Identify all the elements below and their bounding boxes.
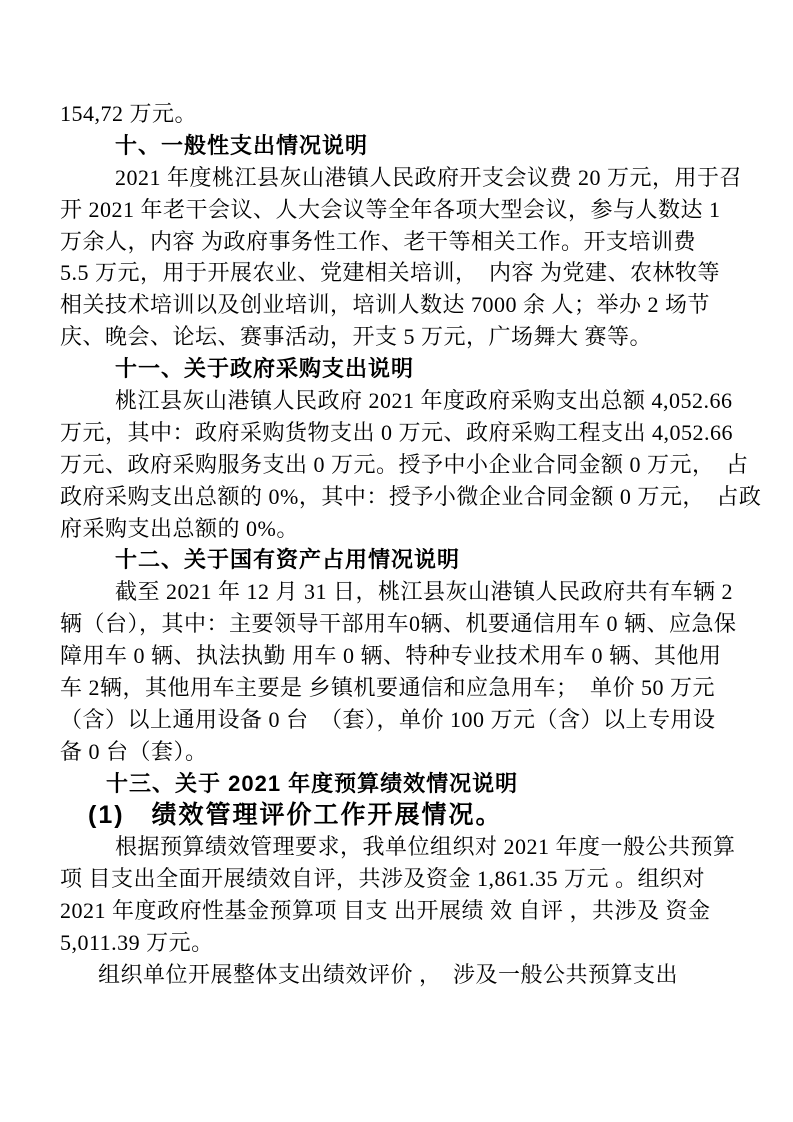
text-line: 万元、政府采购服务支出 0 万元。授予中小企业合同金额 0 万元， 占 xyxy=(60,449,735,481)
text-line: 相关技术培训以及创业培训，培训人数达 7000 余 人；举办 2 场节 xyxy=(60,289,735,321)
section-heading: 十、一般性支出情况说明 xyxy=(60,130,735,162)
text-line: 组织单位开展整体支出绩效评价 ， 涉及一般公共预算支出 xyxy=(60,959,735,991)
text-line: 庆、晚会、论坛、赛事活动，开支 5 万元，广场舞大 赛等。 xyxy=(60,321,735,353)
text-line: 5,011.39 万元。 xyxy=(60,927,735,959)
text-line: 辆（台），其中：主要领导干部用车0辆、机要通信用车 0 辆、应急保 xyxy=(60,608,735,640)
text-line: 障用车 0 辆、执法执勤 用车 0 辆、特种专业技术用车 0 辆、其他用 xyxy=(60,640,735,672)
document-page: 154,72 万元。十、一般性支出情况说明2021 年度桃江县灰山港镇人民政府开… xyxy=(0,0,793,1122)
text-line: 备 0 台（套）。 xyxy=(60,736,735,768)
text-line: 2021 年度政府性基金预算项 目支 出开展绩 效 自评 ，共涉及 资金 xyxy=(60,895,735,927)
document-content: 154,72 万元。十、一般性支出情况说明2021 年度桃江县灰山港镇人民政府开… xyxy=(60,98,735,991)
text-line: （含）以上通用设备 0 台 （套），单价 100 万元（含）以上专用设 xyxy=(60,704,735,736)
text-line: 桃江县灰山港镇人民政府 2021 年度政府采购支出总额 4,052.66 xyxy=(60,385,735,417)
text-line: 万元，其中：政府采购货物支出 0 万元、政府采购工程支出 4,052.66 xyxy=(60,417,735,449)
text-line: 项 目支出全面开展绩效自评，共涉及资金 1,861.35 万元 。组织对 xyxy=(60,863,735,895)
text-line: 车 2辆，其他用车主要是 乡镇机要通信和应急用车； 单价 50 万元 xyxy=(60,672,735,704)
section-heading: 十二、关于国有资产占用情况说明 xyxy=(60,544,735,576)
section-heading: 十三、关于 2021 年度预算绩效情况说明 xyxy=(60,768,735,800)
text-line: 截至 2021 年 12 月 31 日，桃江县灰山港镇人民政府共有车辆 2 xyxy=(60,576,735,608)
text-line: 府采购支出总额的 0%。 xyxy=(60,513,735,545)
text-line: 政府采购支出总额的 0%，其中：授予小微企业合同金额 0 万元， 占政 xyxy=(60,481,735,513)
text-line: 开 2021 年老干会议、人大会议等全年各项大型会议，参与人数达 1 xyxy=(60,194,735,226)
text-line: 根据预算绩效管理要求，我单位组织对 2021 年度一般公共预算 xyxy=(60,831,735,863)
text-line: 154,72 万元。 xyxy=(60,98,735,130)
text-line: 2021 年度桃江县灰山港镇人民政府开支会议费 20 万元，用于召 xyxy=(60,162,735,194)
text-line: 5.5 万元，用于开展农业、党建相关培训， 内容 为党建、农林牧等 xyxy=(60,257,735,289)
subsection-heading: (1) 绩效管理评价工作开展情况。 xyxy=(60,800,735,832)
text-line: 万余人，内容 为政府事务性工作、老干等相关工作。开支培训费 xyxy=(60,226,735,258)
section-heading: 十一、关于政府采购支出说明 xyxy=(60,353,735,385)
